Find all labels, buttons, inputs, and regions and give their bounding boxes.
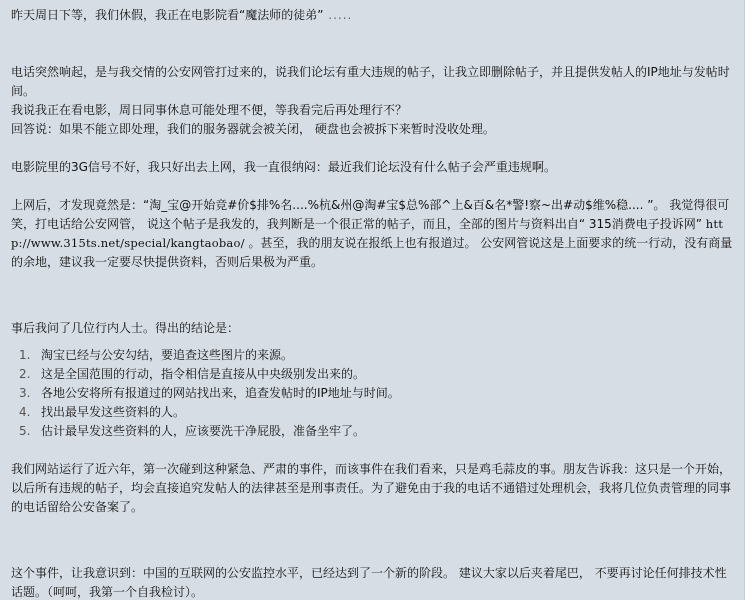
list-item: 2.这是全国范围的行动，指令相信是直接从中央级别发出来的。 <box>41 365 734 384</box>
list-text: 这是全国范围的行动，指令相信是直接从中央级别发出来的。 <box>41 367 365 381</box>
list-text: 淘宝已经与公安勾结，要追查这些图片的来源。 <box>41 348 293 362</box>
list-item: 1.淘宝已经与公安勾结，要追查这些图片的来源。 <box>41 346 734 365</box>
paragraph-intro: 昨天周日下等，我们休假，我正在电影院看“魔法师的徒弟” ..... <box>11 6 734 25</box>
discovery-text: 上网后，才发现竟然是：“淘_宝@开始竞#价$排%名....%杭&州@淘#宝$总%… <box>11 198 729 231</box>
list-item: 3.各地公安将所有报道过的网站找出来，追查发帖时的IP地址与时间。 <box>41 384 734 403</box>
spacer <box>11 272 734 319</box>
spacer <box>11 177 734 196</box>
spacer <box>11 441 734 460</box>
findings-list: 1.淘宝已经与公安勾结，要追查这些图片的来源。 2.这是全国范围的行动，指令相信… <box>11 346 734 441</box>
paragraph-cinema-signal: 电影院里的3G信号不好，我只好出去上网，我一直很纳闷：最近我们论坛没有什么帖子会… <box>11 158 734 177</box>
list-item: 5.估计最早发这些资料的人，应该要洗干净屁股，准备坐牢了。 <box>41 422 734 441</box>
paragraph-phone-call-2: 我说我正在看电影，周日同事休息可能处理不便，等我看完后再处理行不？ <box>11 101 734 120</box>
paragraph-closing: 这个事件，让我意识到：中国的互联网的公安监控水平，已经达到了一个新的阶段。 建议… <box>11 564 734 600</box>
list-text: 找出最早发这些资料的人。 <box>41 405 185 419</box>
spacer <box>11 25 734 63</box>
list-number: 5. <box>19 422 30 441</box>
paragraph-discovery: 上网后，才发现竟然是：“淘_宝@开始竞#价$排%名....%杭&州@淘#宝$总%… <box>11 196 734 272</box>
paragraph-conclusion-intro: 事后我问了几位行内人士。得出的结论是： <box>11 319 734 338</box>
paragraph-phone-call-1: 电话突然响起，是与我交情的公安网管打过来的，说我们论坛有重大违规的帖子，让我立即… <box>11 63 734 101</box>
intro-ellipsis: ..... <box>323 8 352 22</box>
paragraph-website-history: 我们网站运行了近六年，第一次碰到这种紧急、严肃的事件，而该事件在我们看来，只是鸡… <box>11 460 734 517</box>
list-item: 4.找出最早发这些资料的人。 <box>41 403 734 422</box>
paragraph-phone-call-3: 回答说：如果不能立即处理，我们的服务器就会被关闭， 硬盘也会被拆下来暂时没收处理… <box>11 120 734 139</box>
forum-post-body: 昨天周日下等，我们休假，我正在电影院看“魔法师的徒弟” ..... 电话突然响起… <box>0 0 745 600</box>
list-text: 各地公安将所有报道过的网站找出来，追查发帖时的IP地址与时间。 <box>41 386 400 400</box>
spacer <box>11 517 734 564</box>
intro-text: 昨天周日下等，我们休假，我正在电影院看“魔法师的徒弟” <box>11 8 323 22</box>
list-number: 1. <box>19 346 30 365</box>
list-text: 估计最早发这些资料的人，应该要洗干净屁股，准备坐牢了。 <box>41 424 365 438</box>
spacer <box>11 139 734 158</box>
list-number: 3. <box>19 384 30 403</box>
list-number: 4. <box>19 403 30 422</box>
list-number: 2. <box>19 365 30 384</box>
